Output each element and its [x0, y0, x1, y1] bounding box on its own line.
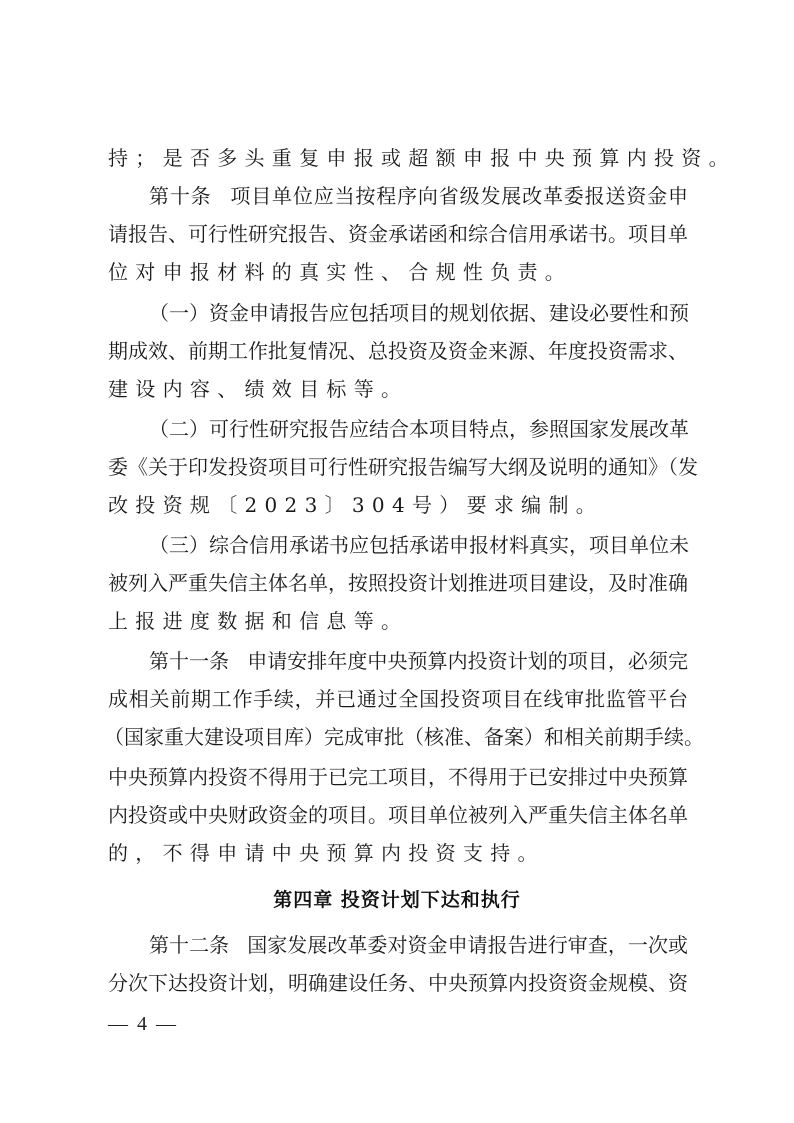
article-label: 第十条 — [149, 184, 212, 208]
paragraph-line: 分次下达投资计划，明确建设任务、中央预算内投资资金规模、资 — [108, 968, 688, 998]
article-label: 第十二条 — [149, 933, 229, 957]
paragraph-line: 上报进度数据和信息等。 — [108, 606, 688, 636]
document-page: 持；是否多头重复申报或超额申报中央预算内投资。 第十条项目单位应当按程序向省级发… — [0, 0, 794, 1123]
paragraph-line: 成相关前期工作手续，并已通过全国投资项目在线审批监管平台 — [108, 684, 688, 714]
paragraph-line: 内投资或中央财政资金的项目。项目单位被列入严重失信主体名单 — [108, 800, 688, 830]
paragraph-line: 委《关于印发投资项目可行性研究报告编写大纲及说明的通知》（发 — [108, 452, 688, 482]
item-2-line: （二）可行性研究报告应结合本项目特点，参照国家发展改革 — [149, 414, 688, 444]
paragraph-line: 请报告、可行性研究报告、资金承诺函和综合信用承诺书。项目单 — [108, 219, 688, 249]
paragraph-line: （国家重大建设项目库）完成审批（核准、备案）和相关前期手续。 — [104, 722, 694, 752]
paragraph-line: 的，不得申请中央预算内投资支持。 — [108, 838, 688, 868]
paragraph-line: 中央预算内投资不得用于已完工项目，不得用于已安排过中央预算 — [108, 762, 688, 792]
paragraph-line: 期成效、前期工作批复情况、总投资及资金来源、年度投资需求、 — [108, 336, 688, 366]
article-10-heading-line: 第十条项目单位应当按程序向省级发展改革委报送资金申 — [149, 181, 688, 211]
paragraph-line: 持；是否多头重复申报或超额申报中央预算内投资。 — [108, 143, 688, 173]
article-label: 第十一条 — [149, 649, 229, 673]
paragraph-line: 被列入严重失信主体名单，按照投资计划推进项目建设，及时准确 — [108, 568, 688, 598]
paragraph-line: 改投资规〔2023〕304号）要求编制。 — [108, 490, 688, 520]
article-text: 项目单位应当按程序向省级发展改革委报送资金申 — [230, 184, 688, 208]
paragraph-line: 建设内容、绩效目标等。 — [108, 374, 688, 404]
chapter-title: 第四章 投资计划下达和执行 — [0, 885, 794, 915]
item-1-line: （一）资金申请报告应包括项目的规划依据、建设必要性和预 — [149, 298, 688, 328]
page-number: — 4 — — [108, 1010, 178, 1038]
article-12-heading-line: 第十二条国家发展改革委对资金申请报告进行审查，一次或 — [149, 930, 688, 960]
article-text: 国家发展改革委对资金申请报告进行审查，一次或 — [247, 933, 688, 957]
paragraph-line: 位对申报材料的真实性、合规性负责。 — [108, 257, 688, 287]
article-11-heading-line: 第十一条申请安排年度中央预算内投资计划的项目，必须完 — [149, 646, 688, 676]
article-text: 申请安排年度中央预算内投资计划的项目，必须完 — [247, 649, 688, 673]
item-3-line: （三）综合信用承诺书应包括承诺申报材料真实，项目单位未 — [149, 530, 688, 560]
